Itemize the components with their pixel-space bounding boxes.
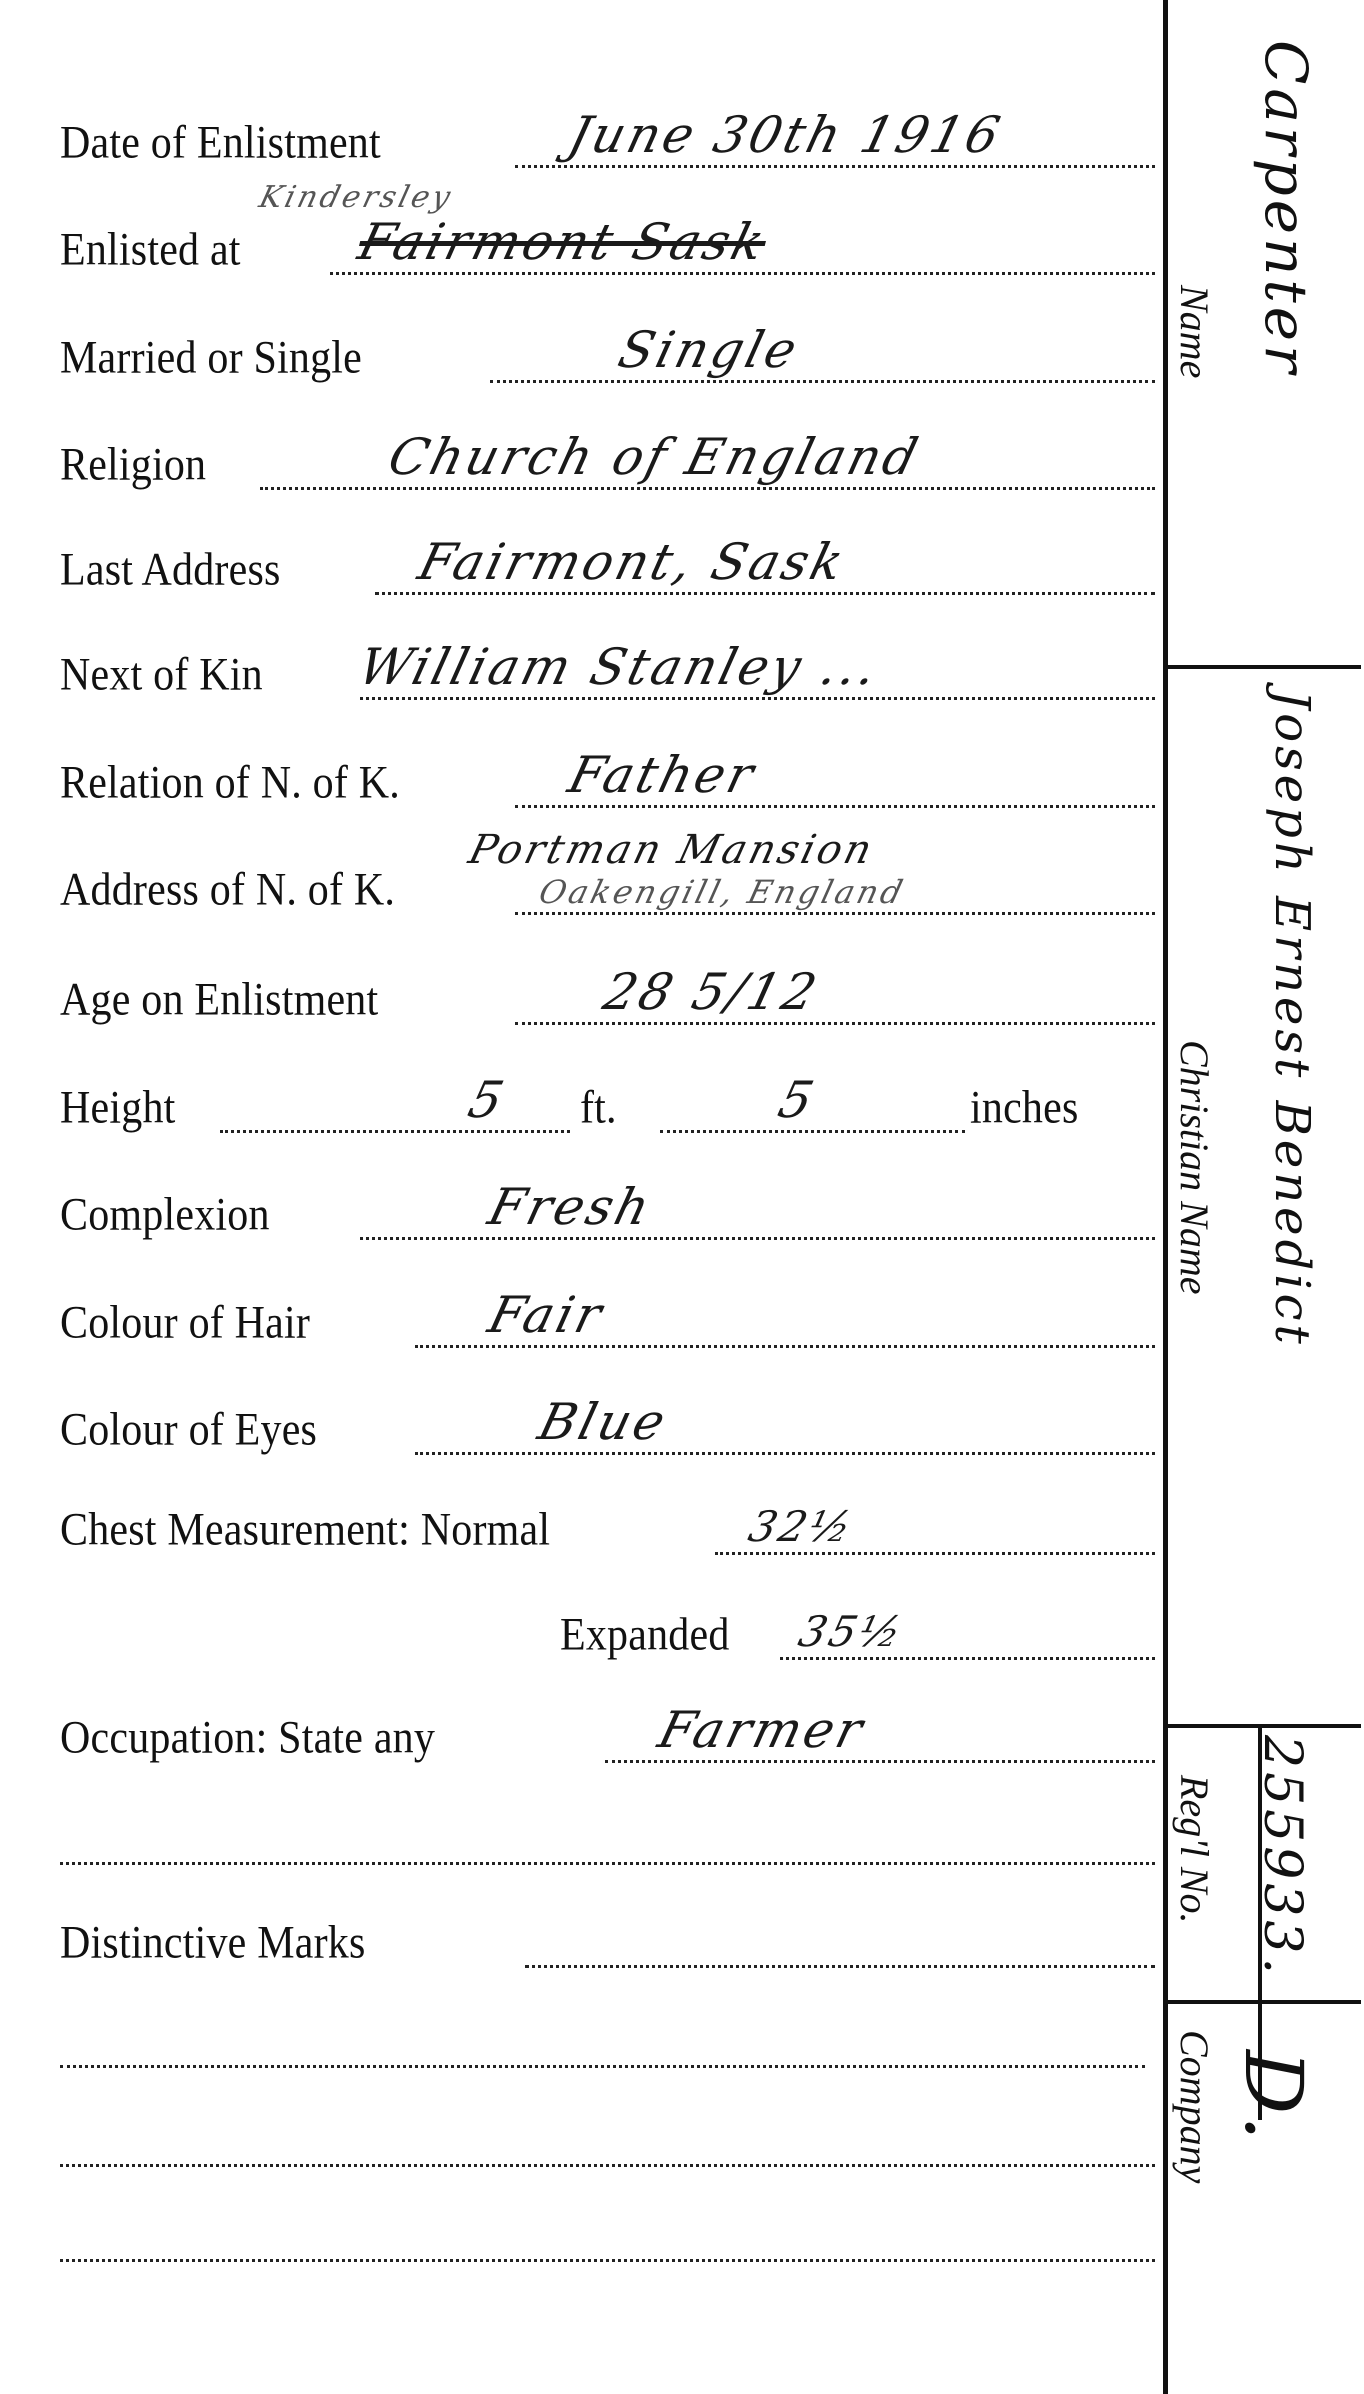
row-married-or-single: Married or Single Single — [60, 333, 1160, 393]
field-line — [515, 165, 1155, 168]
sidebar-value-regt-no[interactable]: 255933. — [1252, 1735, 1312, 1978]
row-address-of-nok: Address of N. of K. Portman Mansion Oake… — [60, 865, 1160, 925]
row-next-of-kin: Next of Kin William Stanley ... — [60, 650, 1160, 710]
label-address-of-nok: Address of N. of K. — [60, 863, 395, 917]
sidebar-value-name[interactable]: Carpenter — [1252, 40, 1320, 377]
field-line — [515, 912, 1155, 915]
sidebar-divider — [1163, 0, 1168, 2394]
value-occupation[interactable]: Farmer — [653, 1701, 871, 1759]
value-address-of-nok-line1[interactable]: Portman Mansion — [464, 827, 879, 873]
label-religion: Religion — [60, 438, 206, 492]
field-line-inches — [660, 1130, 965, 1133]
row-colour-of-eyes: Colour of Eyes Blue — [60, 1405, 1160, 1465]
label-chest-normal: Chest Measurement: Normal — [60, 1503, 550, 1557]
label-occupation: Occupation: State any — [60, 1711, 435, 1765]
field-line[interactable] — [60, 2259, 1155, 2262]
value-relation-of-nok[interactable]: Father — [563, 746, 762, 804]
label-date-of-enlistment: Date of Enlistment — [60, 116, 381, 170]
row-height: Height 5 ft. 5 inches — [60, 1083, 1160, 1143]
label-next-of-kin: Next of Kin — [60, 648, 263, 702]
label-height-feet-unit: ft. — [580, 1081, 617, 1135]
label-last-address: Last Address — [60, 543, 281, 597]
row-distinctive-marks-4 — [60, 2212, 1160, 2272]
value-chest-expanded[interactable]: 35½ — [794, 1607, 909, 1656]
field-line — [260, 487, 1155, 490]
value-complexion[interactable]: Fresh — [483, 1178, 659, 1236]
field-line[interactable] — [60, 2065, 1145, 2068]
sidebar-label-christian-name: Christian Name — [1171, 1040, 1218, 1294]
sidebar-rule-1 — [1166, 665, 1361, 669]
field-line — [715, 1552, 1155, 1555]
field-line — [605, 1760, 1155, 1763]
field-line — [490, 380, 1155, 383]
value-religion[interactable]: Church of England — [383, 428, 926, 486]
field-line — [515, 805, 1155, 808]
value-address-of-nok-line2[interactable]: Oakengill, England — [535, 873, 909, 911]
field-line-feet — [220, 1130, 570, 1133]
row-distinctive-marks-3 — [60, 2117, 1160, 2177]
value-next-of-kin[interactable]: William Stanley ... — [353, 638, 886, 696]
row-date-of-enlistment: Date of Enlistment June 30th 1916 — [60, 118, 1160, 178]
sidebar-label-name: Name — [1171, 285, 1218, 378]
sidebar-label-company: Company — [1171, 2030, 1218, 2183]
sidebar-rule-3 — [1166, 2000, 1361, 2004]
value-colour-of-hair[interactable]: Fair — [483, 1286, 610, 1344]
row-chest-normal: Chest Measurement: Normal 32½ — [60, 1505, 1160, 1565]
field-line — [375, 592, 1155, 595]
row-occupation: Occupation: State any Farmer — [60, 1713, 1160, 1773]
row-distinctive-marks: Distinctive Marks — [60, 1918, 1160, 1978]
value-chest-normal[interactable]: 32½ — [744, 1502, 859, 1551]
row-last-address: Last Address Fairmont, Sask — [60, 545, 1160, 605]
row-colour-of-hair: Colour of Hair Fair — [60, 1298, 1160, 1358]
label-married-or-single: Married or Single — [60, 331, 362, 385]
row-occupation-continued — [60, 1815, 1160, 1875]
field-line[interactable] — [60, 1862, 1155, 1865]
row-complexion: Complexion Fresh — [60, 1190, 1160, 1250]
value-colour-of-eyes[interactable]: Blue — [533, 1393, 674, 1451]
label-complexion: Complexion — [60, 1188, 270, 1242]
label-colour-of-hair: Colour of Hair — [60, 1296, 310, 1350]
sidebar-label-regt-no: Reg'l No. — [1171, 1775, 1218, 1924]
label-enlisted-at: Enlisted at — [60, 223, 241, 277]
row-religion: Religion Church of England — [60, 440, 1160, 500]
value-date-of-enlistment[interactable]: June 30th 1916 — [563, 106, 1008, 164]
sidebar-value-christian-name[interactable]: Joseph Ernest Benedict — [1264, 690, 1320, 1348]
label-height: Height — [60, 1081, 176, 1135]
label-height-inches-unit: inches — [970, 1081, 1079, 1135]
sidebar-value-company[interactable]: D. — [1227, 2050, 1320, 2145]
field-line — [330, 272, 1155, 275]
label-distinctive-marks: Distinctive Marks — [60, 1916, 366, 1970]
label-chest-expanded: Expanded — [560, 1608, 730, 1662]
attestation-card: Date of Enlistment June 30th 1916 Enlist… — [0, 0, 1364, 2394]
row-distinctive-marks-2 — [60, 2018, 1160, 2078]
sidebar-rule-2 — [1166, 1724, 1361, 1728]
value-age-on-enlistment[interactable]: 28 5/12 — [598, 963, 825, 1021]
row-enlisted-at: Enlisted at Kindersley Fairmont Sask — [60, 225, 1160, 285]
label-relation-of-nok: Relation of N. of K. — [60, 756, 400, 810]
field-line — [415, 1452, 1155, 1455]
row-age-on-enlistment: Age on Enlistment 28 5/12 — [60, 975, 1160, 1035]
field-line — [360, 1237, 1155, 1240]
value-married-or-single[interactable]: Single — [613, 321, 806, 379]
field-line[interactable] — [60, 2164, 1155, 2167]
value-enlisted-at[interactable]: Fairmont Sask — [353, 213, 773, 271]
value-enlisted-at-correction: Kindersley — [256, 180, 457, 215]
field-line — [360, 697, 1155, 700]
label-colour-of-eyes: Colour of Eyes — [60, 1403, 317, 1457]
value-height-feet[interactable]: 5 — [463, 1071, 512, 1129]
row-relation-of-nok: Relation of N. of K. Father — [60, 758, 1160, 818]
row-chest-expanded: Expanded 35½ — [60, 1610, 1160, 1670]
field-line — [780, 1657, 1155, 1660]
value-last-address[interactable]: Fairmont, Sask — [413, 533, 852, 591]
label-age-on-enlistment: Age on Enlistment — [60, 973, 378, 1027]
value-height-inches[interactable]: 5 — [773, 1071, 822, 1129]
field-line[interactable] — [525, 1965, 1155, 1968]
field-line — [415, 1345, 1155, 1348]
field-line — [515, 1022, 1155, 1025]
